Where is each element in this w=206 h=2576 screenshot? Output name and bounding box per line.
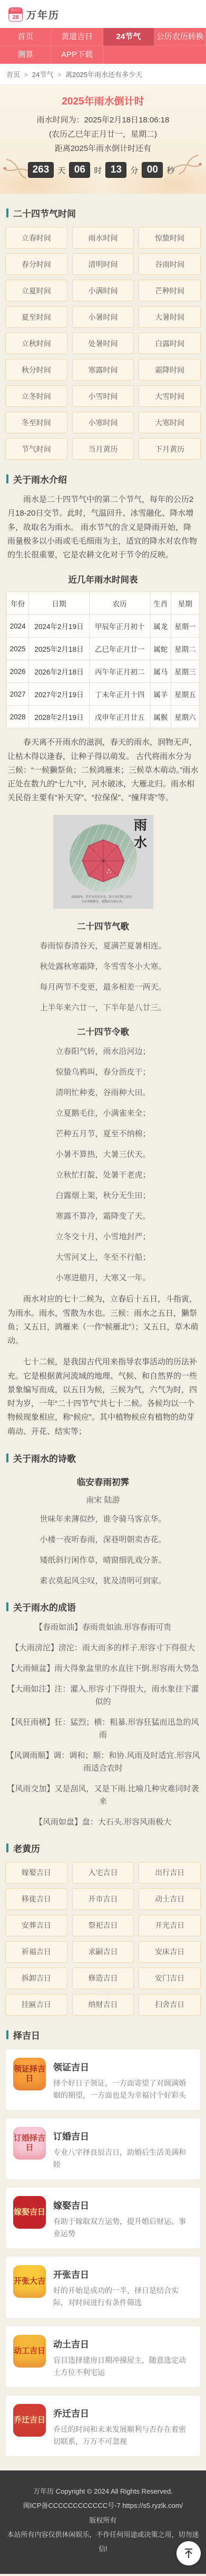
- song-title: 二十四节气歌: [5, 919, 201, 932]
- table-cell-weekday: 星期五: [171, 683, 199, 706]
- countdown-hours-unit: 时: [94, 165, 102, 176]
- verse-line: 立冬交十月，小雪地封严；: [5, 1231, 201, 1243]
- verse-line: 每月两节不变更，最多相差一两天。: [5, 981, 201, 994]
- poem-verses: 世味年来薄似纱，谁令骑马客京华。小楼一夜听春雨，深巷明朝卖杏花。矮纸斜行闲作草，…: [5, 1513, 201, 1588]
- countdown-minutes-value: 13: [105, 162, 126, 178]
- intro-paragraph: 雨水对应的七十二候为，立春后十五日，斗指寅，为雨水。雨水，雪散为水也。三候：雨水…: [7, 1292, 199, 1348]
- table-cell-lunar: 戊申年正月廿五: [89, 706, 150, 728]
- zejiri-card[interactable]: 动工吉日 动土吉日 盲目选择建房日期冲撞屋主，随意选定动土方位不利宅运: [5, 2326, 201, 2388]
- term-time-button[interactable]: 白露时间: [139, 332, 201, 354]
- table-cell-lunar: 乙巳年正月廿一: [89, 638, 150, 660]
- idiom-item: 【大雨滂沱】滂沱：雨大而多的样子.形容寸下得很大: [5, 1642, 201, 1655]
- zejiri-card-desc: 专业八字择良辰吉日，助婚后生活美满和睦: [53, 2146, 193, 2171]
- footer-rights: 版权所有: [6, 2513, 200, 2527]
- table-cell-date: 2027年2月19日: [29, 683, 89, 706]
- verse-line: 立春阳气转，雨水沿河边；: [5, 1045, 201, 1058]
- poem-line: 小楼一夜听春雨，深巷明朝卖杏花。: [5, 1534, 201, 1546]
- site-logo-text[interactable]: 万年历: [26, 7, 60, 22]
- idiom-item: 【大雨倾盆】雨大得象盆里的水直往下倒.形容雨大势急: [5, 1662, 201, 1675]
- site-header: 黄公历 28 万年历: [0, 0, 206, 28]
- auspicious-day-button[interactable]: 修造吉日: [72, 1967, 134, 1989]
- table-cell-zodiac: 属猴: [150, 706, 171, 728]
- auspicious-day-button[interactable]: 移徙吉日: [5, 1888, 67, 1910]
- term-table-title: 近几年雨水时间表: [5, 573, 201, 585]
- intro-paragraph: 七十二候，是我国古代用来指导农事活动的历法补充。它是根据黄河流域的地理、气候、和…: [7, 1355, 199, 1439]
- term-time-button[interactable]: 立夏时间: [5, 280, 67, 301]
- verse-line: 秋处露秋寒霜降，冬雪雪冬小大寒。: [5, 961, 201, 973]
- poem-author: 南宋 陆游: [5, 1494, 201, 1505]
- zejiri-card[interactable]: 嫁娶吉日 嫁娶吉日 有助于嫁取双方运势，提升婚后财运、事业运势: [5, 2187, 201, 2249]
- auspicious-day-button[interactable]: 祭祀吉日: [72, 1915, 134, 1936]
- zejiri-app-icon: 开张大吉: [13, 2265, 46, 2298]
- term-time-button[interactable]: 小寒时间: [72, 412, 134, 433]
- breadcrumb-current: 离2025年雨水还有多少天: [65, 71, 142, 79]
- table-header-cell: 生肖: [150, 592, 171, 615]
- table-row: 2025 2025年2月18日 乙巳年正月廿一 属蛇 星期二: [7, 638, 200, 660]
- table-row: 2028 2028年2月19日 戊申年正月廿五 属猴 星期六: [7, 706, 200, 728]
- footer-icp: 闽ICP备CCCCCCCCCCCC号-7 https://s5.ryzlk.co…: [6, 2498, 200, 2513]
- table-cell-date: 2028年2月19日: [29, 706, 89, 728]
- term-time-button[interactable]: 春分时间: [5, 253, 67, 275]
- verse-line: 春雨惊春清谷天，夏满芒夏暑相连。: [5, 940, 201, 953]
- idiom-item: 【春雨如油】春雨贵如油.形容春雨可贵: [5, 1621, 201, 1634]
- section-bar-icon: [6, 1453, 8, 1462]
- verse-line: 小寒进腊月，大寒又一年。: [5, 1272, 201, 1285]
- idiom-item: 【风狂雨横】狂：猛烈；横：粗暴.形容狂猛而迅急的风雨: [5, 1716, 201, 1742]
- term-time-button[interactable]: 小雪时间: [72, 385, 134, 407]
- table-header-cell: 日期: [29, 592, 89, 615]
- poem-section-header: 关于雨水的诗歌: [6, 1451, 200, 1465]
- auspicious-day-button[interactable]: 动土吉日: [139, 1888, 201, 1910]
- nav-item[interactable]: 公历农历转换: [154, 28, 206, 46]
- calendar-logo-icon-band: 黄公历: [9, 8, 22, 14]
- idiom-list: 【春雨如油】春雨贵如油.形容春雨可贵【大雨滂沱】滂沱：雨大而多的样子.形容寸下得…: [5, 1621, 201, 1829]
- zejiri-card-body: 领证吉日 择个好日子领证，一方面寄望了对圆满婚姻的期望，一方面也是为幸福讨个好彩…: [53, 2058, 193, 2102]
- auspicious-day-button[interactable]: 挂匾吉日: [5, 1994, 67, 2016]
- countdown-days-value: 263: [28, 162, 54, 178]
- main-nav: 首页 黄道吉日 24节气 公历农历转换 测算 APP下载: [0, 28, 206, 64]
- auspicious-day-button[interactable]: 入宅吉日: [72, 1862, 134, 1884]
- poem-line: 世味年来薄似纱，谁令骑马客京华。: [5, 1513, 201, 1526]
- section-bar-icon: [6, 208, 8, 217]
- song-title: 二十四节令歌: [5, 1025, 201, 1038]
- verse-line: 芒种五月节，夏至不纳棉；: [5, 1128, 201, 1140]
- terms-section-header: 二十四节气时间: [6, 206, 200, 220]
- term-time-button[interactable]: 清明时间: [72, 253, 134, 275]
- poster-caption: 春始属木，然生木者必水也，故立春后继之雨水。 且东风既解冻，则散而为雨水矣。: [57, 895, 149, 906]
- verse-line: 上半年来六廿一，下半年是八廿三。: [5, 1002, 201, 1014]
- zejiri-card[interactable]: 领证择吉日 领证吉日 择个好日子领证，一方面寄望了对圆满婚姻的期望，一方面也是为…: [5, 2049, 201, 2111]
- zejiri-app-icon: 嫁娶吉日: [13, 2196, 46, 2229]
- auspicious-day-button[interactable]: 嫁娶吉日: [5, 1862, 67, 1884]
- table-cell-zodiac: 属龙: [150, 615, 171, 638]
- zejiri-card[interactable]: 订婚择吉日 订婚吉日 专业八字择良辰吉日，助婚后生活美满和睦: [5, 2118, 201, 2180]
- term-time-button[interactable]: 当月黄历: [72, 438, 134, 460]
- breadcrumb: 首页 > 24节气 > 离2025年雨水还有多少天: [0, 64, 206, 85]
- countdown-timer: 263 天 06 时 13 分 00 秒: [5, 162, 201, 178]
- term-time-button[interactable]: 秋分时间: [5, 359, 67, 381]
- table-header-cell: 年份: [7, 592, 29, 615]
- table-cell-year: 2028: [7, 706, 29, 728]
- zejiri-section-header: 择吉日: [6, 2028, 200, 2041]
- term-date-table: 年份日期农历生肖星期 2024 2024年2月19日 甲辰年正月初十 属龙 星期…: [6, 592, 200, 728]
- zejiri-card-desc: 择个好日子领证，一方面寄望了对圆满婚姻的期望，一方面也是为幸福讨个好彩头: [53, 2077, 193, 2102]
- table-cell-date: 2025年2月18日: [29, 638, 89, 660]
- section-bar-icon: [6, 2030, 8, 2039]
- table-cell-date: 2024年2月19日: [29, 615, 89, 638]
- poem-section: 关于雨水的诗歌 临安春雨初霁 南宋 陆游 世味年来薄似纱，谁令骑马客京华。小楼一…: [0, 1451, 206, 1588]
- table-row: 2027 2027年2月19日 丁未年正月十四 属羊 星期五: [7, 683, 200, 706]
- zejiri-app-icon: 订婚择吉日: [13, 2127, 46, 2160]
- zejiri-app-icon: 动工吉日: [13, 2335, 46, 2368]
- countdown-seconds-unit: 秒: [166, 165, 174, 176]
- yushui-poster-image: 雨水 春始属木，然生木者必水也，故立春后继之雨水。 且东风既解冻，则散而为雨水矣…: [53, 815, 153, 909]
- poem-line: 矮纸斜行闲作草，晴窗细乳戏分茶。: [5, 1554, 201, 1567]
- umbrella-icon: [81, 838, 126, 883]
- terms-button-grid: 立春时间 雨水时间 惊蛰时间 春分时间 清明时间 谷雨时间 立夏时间 小满时间 …: [5, 227, 201, 460]
- table-cell-date: 2026年2月18日: [29, 660, 89, 683]
- zejiri-card-title: 开张吉日: [53, 2267, 193, 2280]
- term-time-button[interactable]: 立秋时间: [5, 332, 67, 354]
- song1-verses: 春雨惊春清谷天，夏满芒夏暑相连。秋处露秋寒霜降，冬雪雪冬小大寒。每月两节不变更，…: [5, 940, 201, 1014]
- idiom-item: 【风雨交加】又是刮风，又是下雨.比喻几种灾难同时袭来: [5, 1783, 201, 1808]
- auspicious-day-button[interactable]: 安葬吉日: [5, 1915, 67, 1936]
- term-time-button[interactable]: 大暑时间: [139, 306, 201, 328]
- term-time-button[interactable]: 谷雨时间: [139, 253, 201, 275]
- huangli-section: 老黄历 嫁娶吉日 入宅吉日 出行吉日 移徙吉日 开市吉日 动土吉日 安葬吉日 祭…: [0, 1841, 206, 2016]
- verse-line: 白露烟上架，秋分无生田；: [5, 1190, 201, 1202]
- term-lunar-text: (农历乙巳年正月廿一，星期二): [5, 127, 201, 141]
- zejiri-app-icon: 乔迁吉日: [13, 2404, 46, 2437]
- table-cell-zodiac: 属马: [150, 660, 171, 683]
- section-bar-icon: [6, 1843, 8, 1852]
- table-cell-year: 2027: [7, 683, 29, 706]
- section-bar-icon: [6, 474, 8, 483]
- table-cell-zodiac: 属羊: [150, 683, 171, 706]
- table-cell-zodiac: 属蛇: [150, 638, 171, 660]
- zejiri-card-body: 开张吉日 好的开始是成功的一半，择日是结合实际，对时间进行有条件筛选: [53, 2265, 193, 2309]
- zejiri-card-title: 领证吉日: [53, 2060, 193, 2073]
- term-time-button[interactable]: 夏至时间: [5, 306, 67, 328]
- term-time-button[interactable]: 霜降时间: [139, 359, 201, 381]
- verse-line: 寒露不算冷，霜降变了天。: [5, 1210, 201, 1223]
- countdown-seconds-value: 00: [142, 162, 163, 178]
- zejiri-card[interactable]: 开张大吉 开张吉日 好的开始是成功的一半，择日是结合实际，对时间进行有条件筛选: [5, 2256, 201, 2318]
- verse-line: 惊蛰乌鸦叫，春分沥皮干；: [5, 1066, 201, 1079]
- term-time-button[interactable]: 芒种时间: [139, 280, 201, 301]
- term-time-button[interactable]: 冬至时间: [5, 412, 67, 433]
- intro-section: 关于雨水介绍 雨水是二十四节气中的第二个节气，每年的公历2月18-20日交节。此…: [0, 472, 206, 1439]
- huangli-button-grid: 嫁娶吉日 入宅吉日 出行吉日 移徙吉日 开市吉日 动土吉日 安葬吉日 祭祀吉日 …: [5, 1862, 201, 2016]
- auspicious-day-button[interactable]: 拆卸吉日: [5, 1967, 67, 1989]
- zejiri-card-body: 嫁娶吉日 有助于嫁取双方运势，提升婚后财运、事业运势: [53, 2196, 193, 2240]
- idiom-item: 【风雨如盘】盘：大石头.形容风雨极大: [5, 1816, 201, 1829]
- table-row: 2024 2024年2月19日 甲辰年正月初十 属龙 星期一: [7, 615, 200, 638]
- auspicious-day-button[interactable]: 开市吉日: [72, 1888, 134, 1910]
- section-bar-icon: [6, 1602, 8, 1611]
- table-header-row: 年份日期农历生肖星期: [7, 592, 200, 615]
- poem-title: 临安春雨初霁: [5, 1475, 201, 1488]
- nav-item[interactable]: 测算: [0, 46, 52, 64]
- term-time-button[interactable]: 小满时间: [72, 280, 134, 301]
- term-time-button[interactable]: 立春时间: [5, 227, 67, 249]
- intro-section-header: 关于雨水介绍: [6, 472, 200, 486]
- countdown-hero: 2025年雨水倒计时 雨水时间为：2025年2月18日18:06:18 (农历乙…: [0, 85, 206, 194]
- zejiri-card-title: 嫁娶吉日: [53, 2198, 193, 2211]
- term-time-button[interactable]: 立冬时间: [5, 385, 67, 407]
- nav-item[interactable]: 24节气: [103, 28, 155, 46]
- table-cell-lunar: 丙午年正月初二: [89, 660, 150, 683]
- term-time-button[interactable]: 处暑时间: [72, 332, 134, 354]
- verse-line: 立夏鹅毛住，小满雀来全；: [5, 1107, 201, 1120]
- auspicious-day-button[interactable]: 开光吉日: [139, 1915, 201, 1936]
- verse-line: 大雪河叉上，冬至不行船；: [5, 1251, 201, 1264]
- page-title: 2025年雨水倒计时: [5, 93, 201, 108]
- term-time-button[interactable]: 大寒时间: [139, 412, 201, 433]
- countdown-hours-value: 06: [69, 162, 90, 178]
- zejiri-card-title: 动土吉日: [53, 2337, 193, 2350]
- zejiri-card-list: 领证择吉日 领证吉日 择个好日子领证，一方面寄望了对圆满婚姻的期望，一方面也是为…: [5, 2049, 201, 2457]
- idiom-section-header: 关于雨水的成语: [6, 1600, 200, 1613]
- breadcrumb-separator: >: [24, 71, 28, 79]
- verse-line: 立秋忙打靛，处暑干老虎；: [5, 1169, 201, 1182]
- term-time-button[interactable]: 大雪时间: [139, 385, 201, 407]
- zejiri-card-body: 动土吉日 盲目选择建房日期冲撞屋主，随意选定动土方位不利宅运: [53, 2335, 193, 2379]
- auspicious-day-button[interactable]: 求嗣吉日: [72, 1941, 134, 1963]
- nav-item[interactable]: APP下载: [52, 46, 103, 64]
- zejiri-card-desc: 盲目选择建房日期冲撞屋主，随意选定动土方位不利宅运: [53, 2354, 193, 2379]
- song2-verses: 立春阳气转，雨水沿河边；惊蛰乌鸦叫，春分沥皮干；清明忙种麦，谷雨种大田。立夏鹅毛…: [5, 1045, 201, 1285]
- intro-paragraph: 春天离不开雨水的滋润，春天的雨水，润物无声，让枯木得以逢春，让种子得以萌发。 古…: [7, 736, 199, 805]
- term-time-button[interactable]: 寒露时间: [72, 359, 134, 381]
- table-cell-year: 2026: [7, 660, 29, 683]
- table-cell-year: 2025: [7, 638, 29, 660]
- table-cell-weekday: 星期一: [171, 615, 199, 638]
- term-datetime-text: 雨水时间为：2025年2月18日18:06:18: [5, 113, 201, 127]
- nav-item[interactable]: 黄道吉日: [52, 28, 103, 46]
- table-cell-weekday: 星期三: [171, 660, 199, 683]
- table-cell-lunar: 丁未年正月十四: [89, 683, 150, 706]
- poem-line: 素衣莫起风尘叹，犹及清明可到家。: [5, 1575, 201, 1588]
- zejiri-card[interactable]: 乔迁吉日 乔迁吉日 乔迁的时间和未来发展顺利与否存在着密切联系，万万不可忽视: [5, 2395, 201, 2457]
- countdown-days-unit: 天: [57, 165, 65, 176]
- poster-circle-graphic: [70, 824, 137, 892]
- table-cell-lunar: 甲辰年正月初十: [89, 615, 150, 638]
- footer-copyright: 万年历 Copyright © 2024 All Rights Reserved…: [6, 2484, 200, 2498]
- huangli-section-header: 老黄历: [6, 1841, 200, 1855]
- auspicious-day-button[interactable]: 祈福吉日: [5, 1941, 67, 1963]
- breadcrumb-mid-link[interactable]: 24节气: [32, 71, 53, 79]
- table-header-cell: 农历: [89, 592, 150, 615]
- term-time-button[interactable]: 小暑时间: [72, 306, 134, 328]
- idiom-section: 关于雨水的成语 【春雨如油】春雨贵如油.形容春雨可贵【大雨滂沱】滂沱：雨大而多的…: [0, 1600, 206, 1829]
- term-time-button[interactable]: 惊蛰时间: [139, 227, 201, 249]
- term-time-button[interactable]: 下月黄历: [139, 438, 201, 460]
- verse-line: 清明忙种麦，谷雨种大田。: [5, 1087, 201, 1099]
- breadcrumb-separator: >: [57, 71, 62, 79]
- table-header-cell: 星期: [171, 592, 199, 615]
- calendar-logo-icon: 黄公历 28: [8, 7, 23, 22]
- zejiri-card-desc: 好的开始是成功的一半，择日是结合实际，对时间进行有条件筛选: [53, 2285, 193, 2309]
- zejiri-card-desc: 乔迁的时间和未来发展顺利与否存在着密切联系，万万不可忽视: [53, 2423, 193, 2448]
- term-time-button[interactable]: 雨水时间: [72, 227, 134, 249]
- nav-item[interactable]: 首页: [0, 28, 52, 46]
- auspicious-day-button[interactable]: 纳财吉日: [72, 1994, 134, 2016]
- site-footer: 万年历 Copyright © 2024 All Rights Reserved…: [0, 2470, 206, 2574]
- back-to-top-button[interactable]: [176, 2541, 201, 2565]
- auspicious-day-button[interactable]: 安门吉日: [139, 1967, 201, 1989]
- table-cell-weekday: 星期二: [171, 638, 199, 660]
- footer-disclaimer: 本站所有内容仅供休闲娱乐，不作任何用途或决策之用，切勿迷信!: [6, 2527, 200, 2556]
- zejiri-card-title: 订婚吉日: [53, 2129, 193, 2142]
- zejiri-card-title: 乔迁吉日: [53, 2406, 193, 2419]
- table-cell-year: 2024: [7, 615, 29, 638]
- back-to-top-icon: [183, 2548, 194, 2559]
- idiom-item: 【风调雨顺】调：调和；顺：和协.风雨及时适宜.形容风雨适合农时: [5, 1750, 201, 1775]
- breadcrumb-home-link[interactable]: 首页: [6, 71, 20, 79]
- zejiri-card-desc: 有助于嫁取双方运势，提升婚后财运、事业运势: [53, 2216, 193, 2240]
- term-time-button[interactable]: 节气时间: [5, 438, 67, 460]
- auspicious-day-button[interactable]: 扫舍吉日: [139, 1994, 201, 2016]
- verse-line: 小暑不算热，大暑三伏天。: [5, 1148, 201, 1161]
- table-row: 2026 2026年2月18日 丙午年正月初二 属马 星期三: [7, 660, 200, 683]
- terms-section: 二十四节气时间 立春时间 雨水时间 惊蛰时间 春分时间 清明时间 谷雨时间 立夏…: [0, 206, 206, 460]
- table-cell-weekday: 星期六: [171, 706, 199, 728]
- auspicious-day-button[interactable]: 安床吉日: [139, 1941, 201, 1963]
- zejiri-card-body: 乔迁吉日 乔迁的时间和未来发展顺利与否存在着密切联系，万万不可忽视: [53, 2404, 193, 2448]
- countdown-minutes-unit: 分: [130, 165, 138, 176]
- zejiri-app-icon: 领证择吉日: [13, 2058, 46, 2090]
- auspicious-day-button[interactable]: 出行吉日: [139, 1862, 201, 1884]
- countdown-caption: 距离2025年雨水倒计时还有: [5, 141, 201, 156]
- zejiri-card-body: 订婚吉日 专业八字择良辰吉日，助婚后生活美满和睦: [53, 2127, 193, 2171]
- zejiri-section: 择吉日 领证择吉日 领证吉日 择个好日子领证，一方面寄望了对圆满婚姻的期望，一方…: [0, 2028, 206, 2457]
- intro-paragraph: 雨水是二十四节气中的第二个节气，每年的公历2月18-20日交节。此时，气温回升、…: [7, 493, 199, 562]
- idiom-item: 【大雨如注】注：灌入.形容寸下得很大，雨水象往下灌似的: [5, 1683, 201, 1708]
